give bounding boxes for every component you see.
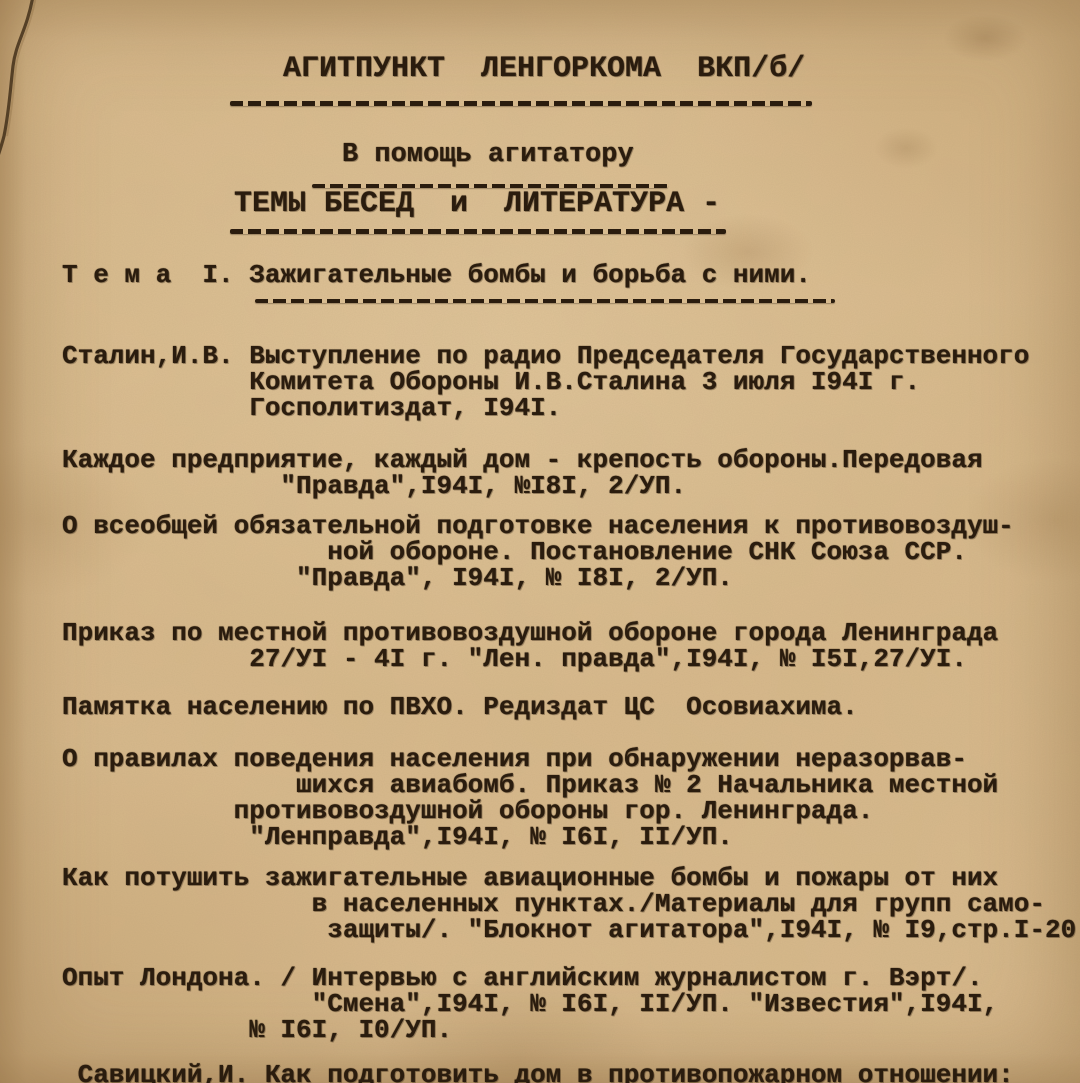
entry-line: шихся авиабомб. Приказ № 2 Начальника ме…	[62, 772, 998, 798]
entry-line: О правилах поведения населения при обнар…	[62, 746, 998, 772]
bibliography-entry-snk-decree: О всеобщей обязательной подготовке насел…	[62, 513, 1014, 591]
bibliography-entry-pvho-memo: Памятка населению по ПВХО. Редиздат ЦС О…	[62, 694, 858, 720]
entry-line: Комитета Обороны И.В.Сталина 3 июля I94I…	[62, 369, 1029, 395]
bibliography-entry-unexploded-bombs: О правилах поведения населения при обнар…	[62, 746, 998, 850]
paper-crease-mark	[0, 0, 120, 180]
title-dashed-underline	[230, 101, 812, 106]
entry-line: № I6I, I0/УП.	[62, 1017, 998, 1043]
entry-line: в населенных пунктах./Материалы для груп…	[62, 891, 1080, 917]
entry-line: Каждое предприятие, каждый дом - крепост…	[62, 447, 983, 473]
entry-line: Сталин,И.В. Выступление по радио Председ…	[62, 343, 1029, 369]
entry-line: Как потушить зажигательные авиационные б…	[62, 865, 1080, 891]
entry-line: Опыт Лондона. / Интервью с английским жу…	[62, 965, 998, 991]
section-dashed-underline	[230, 229, 726, 234]
entry-line: "Правда",I94I, №I8I, 2/УП.	[62, 473, 983, 499]
entry-line: О всеобщей обязательной подготовке насел…	[62, 513, 1014, 539]
entry-line: Савицкий,И. Как подготовить дом в против…	[62, 1062, 1014, 1083]
entry-line: "Правда", I94I, № I8I, 2/УП.	[62, 565, 1014, 591]
entry-line: 27/УI - 4I г. "Лен. правда",I94I, № I5I,…	[62, 646, 998, 672]
bibliography-entry-london-experience: Опыт Лондона. / Интервью с английским жу…	[62, 965, 998, 1043]
entry-line: Памятка населению по ПВХО. Редиздат ЦС О…	[62, 694, 858, 720]
bibliography-entry-mpvo-order: Приказ по местной противовоздушной оборо…	[62, 620, 998, 672]
theme-dashed-underline	[255, 299, 835, 303]
entry-line: "Ленправда",I94I, № I6I, II/УП.	[62, 824, 998, 850]
section-heading: ТЕМЫ БЕСЕД и ЛИТЕРАТУРА -	[234, 188, 720, 220]
theme-heading: Т е м а I. Зажигательные бомбы и борьба …	[62, 261, 811, 289]
entry-line: ной обороне. Постановление СНК Союза ССР…	[62, 539, 1014, 565]
bibliography-entry-pravda-editorial: Каждое предприятие, каждый дом - крепост…	[62, 447, 983, 499]
document-title: АГИТПУНКТ ЛЕНГОРКОМА ВКП/б/	[283, 53, 805, 85]
entry-line: "Смена",I94I, № I6I, II/УП. "Известия",I…	[62, 991, 998, 1017]
entry-line: противовоздушной обороны гор. Ленинграда…	[62, 798, 998, 824]
bibliography-entry-savitsky-cutoff: Савицкий,И. Как подготовить дом в против…	[62, 1062, 1014, 1083]
bibliography-entry-stalin: Сталин,И.В. Выступление по радио Председ…	[62, 343, 1029, 421]
bibliography-entry-extinguish-bombs: Как потушить зажигательные авиационные б…	[62, 865, 1080, 943]
entry-line: Госполитиздат, I94I.	[62, 395, 1029, 421]
document-subtitle: В помощь агитатору	[342, 141, 634, 170]
entry-line: Приказ по местной противовоздушной оборо…	[62, 620, 998, 646]
scanned-document-page: АГИТПУНКТ ЛЕНГОРКОМА ВКП/б/ В помощь аги…	[0, 0, 1080, 1083]
entry-line: защиты/. "Блокнот агитатора",I94I, № I9,…	[62, 917, 1080, 943]
